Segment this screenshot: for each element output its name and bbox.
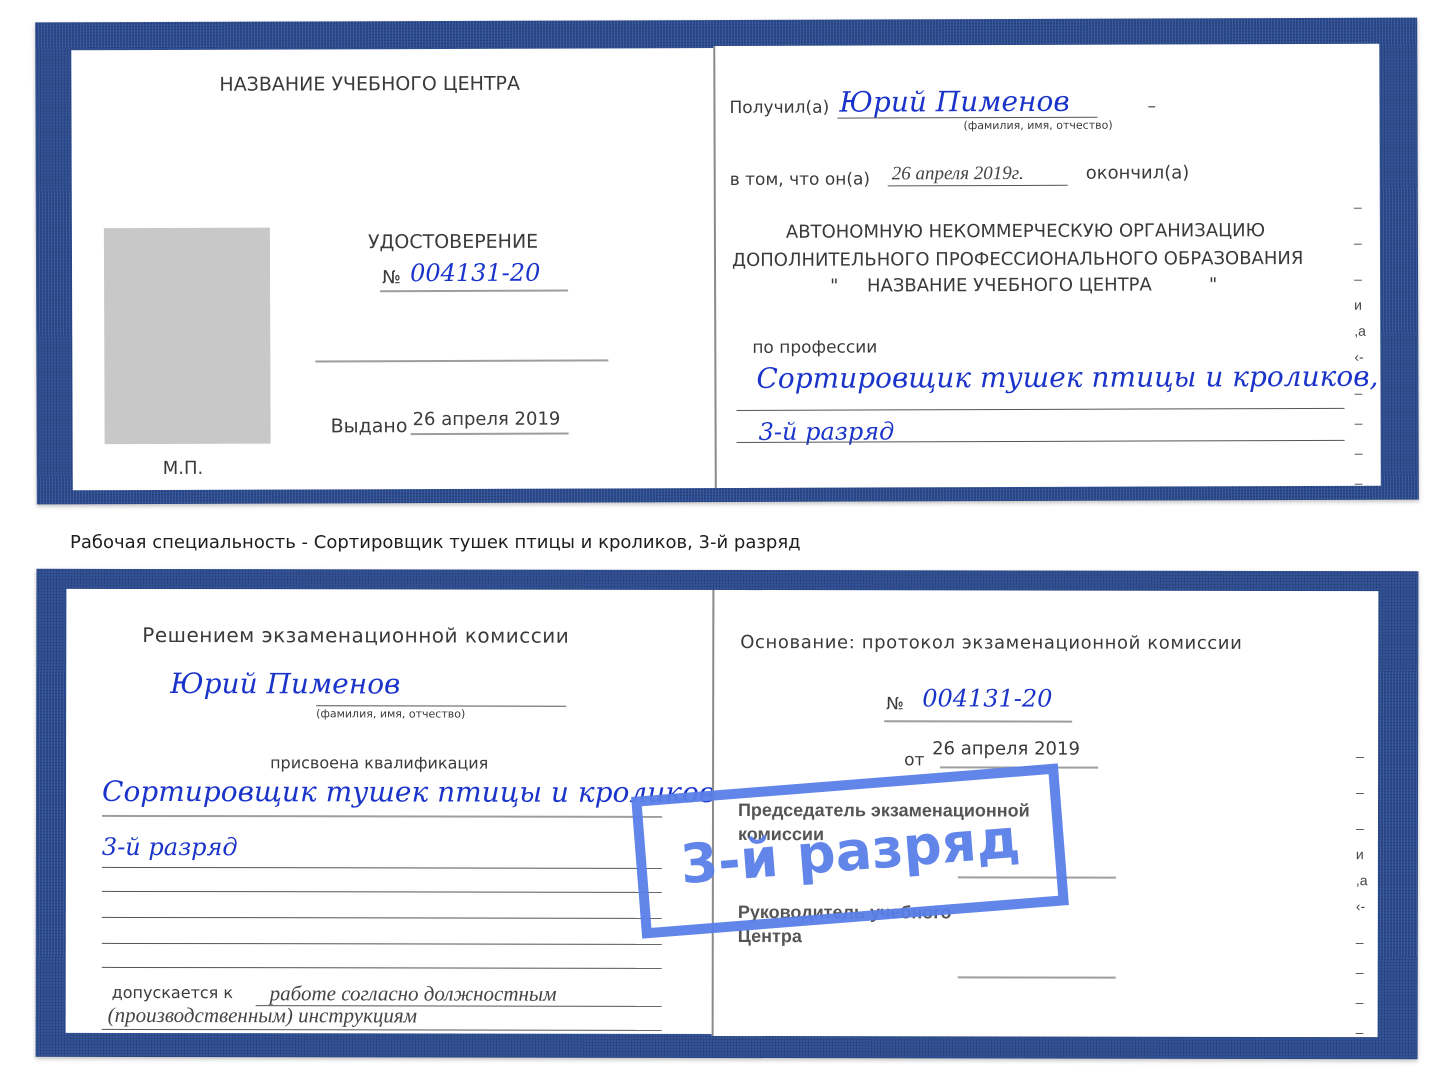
- edge-mark: и: [1356, 847, 1368, 873]
- protocol-number: 004131-20: [922, 684, 1052, 712]
- edge-mark: –: [1356, 821, 1368, 847]
- edge-mark: –: [1356, 935, 1368, 965]
- finish-date-underline: [888, 185, 1068, 187]
- edge-mark: –: [1356, 995, 1368, 1025]
- issued-date: 26 апреля 2019: [413, 409, 561, 431]
- document-title: УДОСТОВЕРЕНИЕ: [368, 231, 538, 254]
- finished-label: окончил(а): [1086, 162, 1190, 183]
- from-date: 26 апреля 2019: [932, 738, 1080, 759]
- edge-mark: –: [1356, 785, 1368, 821]
- protocol-number-label: №: [886, 694, 904, 714]
- admitted-label: допускается к: [112, 983, 233, 1002]
- signature-line: [315, 359, 608, 362]
- ruled-line: [102, 891, 662, 893]
- edge-mark: –: [1354, 200, 1366, 236]
- from-label: от: [904, 750, 924, 770]
- issued-label: Выдано: [331, 415, 408, 437]
- that-label: в том, что он(а): [730, 170, 870, 190]
- profession-underline-1: [737, 408, 1345, 411]
- ruled-line: [102, 943, 662, 945]
- specialty-caption: Рабочая специальность - Сортировщик туше…: [70, 532, 801, 553]
- edge-mark: –: [1356, 965, 1368, 995]
- edge-mark: ,а: [1356, 873, 1368, 899]
- edge-mark: –: [1354, 236, 1366, 272]
- admitted-underline-2: [102, 1029, 662, 1031]
- number-label: №: [382, 267, 401, 288]
- finish-date: 26 апреля 2019г.: [892, 163, 1024, 185]
- org-line-2: ДОПОЛНИТЕЛЬНОГО ПРОФЕССИОНАЛЬНОГО ОБРАЗО…: [732, 248, 1303, 271]
- edge-mark: –: [1354, 272, 1366, 298]
- received-label: Получил(а): [729, 98, 829, 118]
- certificate-top-right-page: Получил(а) Юрий Пименов – (фамилия, имя,…: [713, 44, 1381, 488]
- grade-stamp-text: 3-й разряд: [678, 806, 1022, 895]
- number-underline: [380, 290, 568, 293]
- profession-label: по профессии: [752, 337, 877, 357]
- edge-mark: ‹-: [1354, 350, 1366, 386]
- decision-title: Решением экзаменационной комиссии: [142, 623, 569, 648]
- fio-hint: (фамилия, имя, отчество): [316, 707, 465, 720]
- fio-hint: (фамилия, имя, отчество): [964, 119, 1113, 133]
- org-line-3: " НАЗВАНИЕ УЧЕБНОГО ЦЕНТРА ": [830, 274, 1217, 296]
- dash-mark: –: [1147, 97, 1156, 117]
- holder-name: Юрий Пименов: [170, 667, 400, 700]
- basis-label: Основание: протокол экзаменационной коми…: [740, 632, 1242, 654]
- certificate-cover-top: НАЗВАНИЕ УЧЕБНОГО ЦЕНТРА УДОСТОВЕРЕНИЕ №…: [35, 18, 1419, 505]
- edge-mark: и: [1354, 298, 1366, 324]
- qualification-underline-1: [102, 815, 662, 818]
- protocol-number-underline: [884, 720, 1072, 722]
- edge-mark: –: [1356, 1025, 1368, 1055]
- ruled-line: [102, 867, 662, 869]
- certificate-number: 004131-20: [410, 259, 540, 287]
- edge-mark: –: [1354, 386, 1366, 416]
- profession-line-1: Сортировщик тушек птицы и кроликов,: [756, 360, 1378, 395]
- org-line-1: АВТОНОМНУЮ НЕКОММЕРЧЕСКУЮ ОРГАНИЗАЦИЮ: [786, 220, 1265, 243]
- stamp-place-label: М.П.: [163, 458, 204, 479]
- training-center-name: НАЗВАНИЕ УЧЕБНОГО ЦЕНТРА: [219, 73, 520, 96]
- ruled-line: [102, 967, 662, 969]
- edge-mark: –: [1355, 416, 1367, 446]
- edge-marks: – – – и ,а ‹- – – – –: [1354, 200, 1367, 506]
- assigned-label: присвоена квалификация: [270, 753, 488, 772]
- edge-marks: – – – и ,а ‹- – – – –: [1356, 749, 1368, 1055]
- edge-mark: ‹-: [1356, 899, 1368, 935]
- qualification-line-2: 3-й разряд: [102, 833, 238, 861]
- edge-mark: ,а: [1354, 324, 1366, 350]
- edge-mark: –: [1355, 476, 1367, 506]
- certificate-top-left-page: НАЗВАНИЕ УЧЕБНОГО ЦЕНТРА УДОСТОВЕРЕНИЕ №…: [71, 48, 749, 490]
- recipient-name: Юрий Пименов: [839, 85, 1069, 119]
- issued-underline: [411, 433, 569, 436]
- head-signature-line: [958, 976, 1116, 978]
- ruled-line: [102, 917, 662, 919]
- admitted-line-2: (производственным) инструкциям: [108, 1003, 417, 1029]
- edge-mark: –: [1355, 446, 1367, 476]
- edge-mark: –: [1356, 749, 1368, 785]
- photo-placeholder: [104, 228, 271, 445]
